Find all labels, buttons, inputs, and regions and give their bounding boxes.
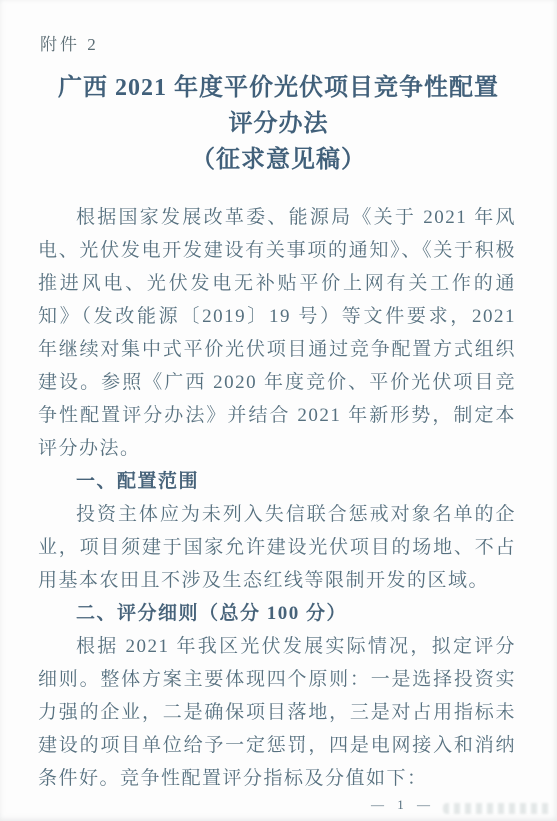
document-page: 附件 2 广西 2021 年度平价光伏项目竞争性配置 评分办法 （征求意见稿） …	[0, 0, 557, 821]
title-line-1: 广西 2021 年度平价光伏项目竞争性配置	[0, 70, 557, 106]
paragraph-scoring-principles: 根据 2021 年我区光伏发展实际情况，拟定评分细则。整体方案主要体现四个原则：…	[38, 630, 516, 795]
section-heading-scoring: 二、评分细则（总分 100 分）	[38, 597, 516, 630]
attachment-label: 附件 2	[40, 30, 99, 55]
document-title: 广西 2021 年度平价光伏项目竞争性配置 评分办法 （征求意见稿）	[0, 70, 557, 178]
title-line-2: 评分办法	[0, 106, 557, 142]
document-body: 根据国家发展改革委、能源局《关于 2021 年风电、光伏发电开发建设有关事项的通…	[38, 201, 516, 795]
paragraph-scope: 投资主体应为未列入失信联合惩戒对象名单的企业，项目须建于国家允许建设光伏项目的场…	[38, 498, 516, 597]
scan-artifact	[443, 803, 551, 814]
paragraph-intro: 根据国家发展改革委、能源局《关于 2021 年风电、光伏发电开发建设有关事项的通…	[38, 201, 516, 465]
section-heading-scope: 一、配置范围	[38, 465, 516, 498]
page-number: — 1 —	[353, 797, 453, 813]
title-line-3: （征求意见稿）	[0, 142, 557, 178]
